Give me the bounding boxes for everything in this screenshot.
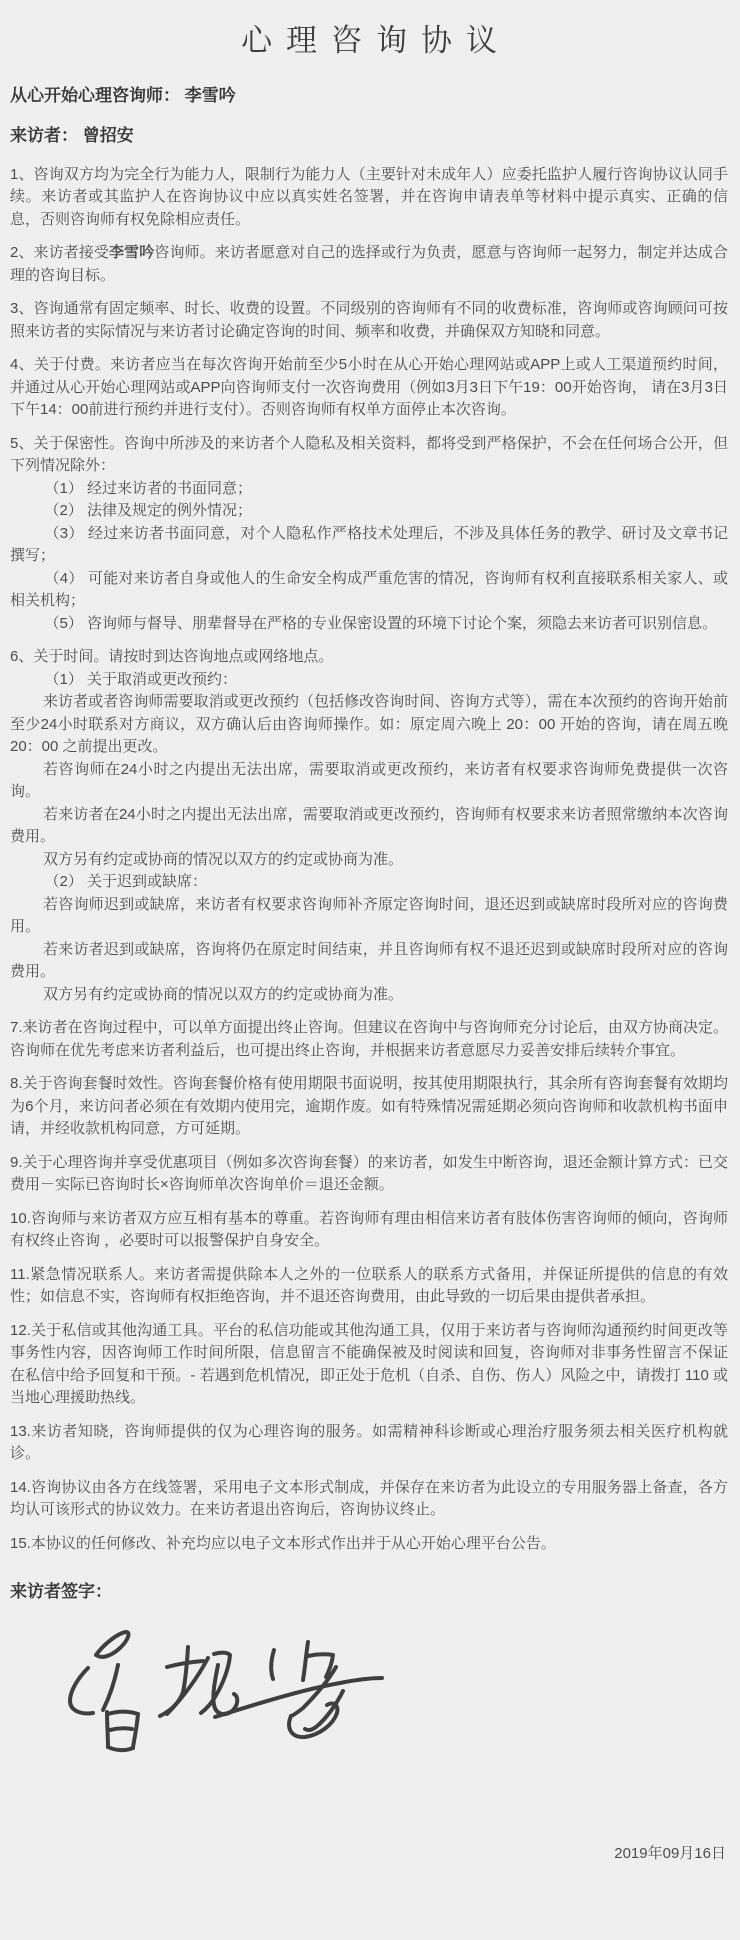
term-5-item-2: （2） 法律及规定的例外情况；: [10, 500, 728, 523]
visitor-name: 曾招安: [83, 126, 134, 145]
page-title: 心理咨询协议: [10, 18, 728, 65]
agreement-document: 心理咨询协议 从心开始心理咨询师： 李雪吟 来访者： 曾招安 1、咨询双方均为完…: [0, 0, 740, 1940]
term-13: 13.来访者知晓，咨询师提供的仅为心理咨询的服务。如需精神科诊断或心理治疗服务须…: [10, 1421, 728, 1466]
signature-ink: [70, 1632, 382, 1750]
term-8: 8.关于咨询套餐时效性。咨询套餐价格有使用期限书面说明，按其使用期限执行，其余所…: [10, 1073, 728, 1141]
signature-label: 来访者签字：: [10, 1579, 728, 1605]
term-9: 9.关于心理咨询并享受优惠项目（例如多次咨询套餐）的来访者，如发生中断咨询，退还…: [10, 1152, 728, 1197]
term-6-sub2-title: （2） 关于迟到或缺席：: [10, 871, 728, 894]
term-6-sub1-line-3: 若来访者在24小时之内提出无法出席，需要取消或更改预约，咨询师有权要求来访者照常…: [10, 804, 728, 849]
term-6-intro: 6、关于时间。请按时到达咨询地点或网络地点。: [10, 646, 728, 669]
term-10: 10.咨询师与来访者双方应互相有基本的尊重。若咨询师有理由相信来访者有肢体伤害咨…: [10, 1208, 728, 1253]
term-6-sub2-line-2: 若来访者迟到或缺席，咨询将仍在原定时间结束，并且咨询师有权不退还迟到或缺席时段所…: [10, 939, 728, 984]
term-6-sub1-line-4: 双方另有约定或协商的情况以双方的约定或协商为准。: [10, 849, 728, 872]
term-3: 3、咨询通常有固定频率、时长、收费的设置。不同级别的咨询师有不同的收费标准，咨询…: [10, 298, 728, 343]
term-12: 12.关于私信或其他沟通工具。平台的私信功能或其他沟通工具，仅用于来访者与咨询师…: [10, 1320, 728, 1410]
visitor-signature: [65, 1625, 385, 1765]
counselor-line: 从心开始心理咨询师： 李雪吟: [10, 83, 728, 109]
term-6-sub1-line-1: 来访者或者咨询师需要取消或更改预约（包括修改咨询时间、咨询方式等），需在本次预约…: [10, 691, 728, 759]
counselor-name: 李雪吟: [185, 86, 236, 105]
term-14: 14.咨询协议由各方在线签署，采用电子文本形式制成，并保存在来访者为此设立的专用…: [10, 1477, 728, 1522]
term-2-counselor-name: 李雪吟: [109, 244, 154, 261]
term-5-item-1: （1） 经过来访者的书面同意；: [10, 478, 728, 501]
term-15: 15.本协议的任何修改、补充均应以电子文本形式作出并于从心开始心理平台公告。: [10, 1533, 728, 1556]
term-6-sub2-line-1: 若咨询师迟到或缺席，来访者有权要求咨询师补齐原定咨询时间，退还迟到或缺席时段所对…: [10, 894, 728, 939]
visitor-label: 来访者：: [10, 126, 78, 145]
term-6-sub1-title: （1） 关于取消或更改预约：: [10, 669, 728, 692]
term-5-intro: 5、关于保密性。咨询中所涉及的来访者个人隐私及相关资料，都将受到严格保护，不会在…: [10, 433, 728, 478]
term-1: 1、咨询双方均为完全行为能力人，限制行为能力人（主要针对未成年人）应委托监护人履…: [10, 164, 728, 232]
term-2: 2、来访者接受李雪吟咨询师。来访者愿意对自己的选择或行为负责，愿意与咨询师一起努…: [10, 242, 728, 287]
term-5-item-5: （5） 咨询师与督导、朋辈督导在严格的专业保密设置的环境下讨论个案，须隐去来访者…: [10, 613, 728, 636]
term-11: 11.紧急情况联系人。来访者需提供除本人之外的一位联系人的联系方式备用，并保证所…: [10, 1264, 728, 1309]
term-7: 7.来访者在咨询过程中，可以单方面提出终止咨询。但建议在咨询中与咨询师充分讨论后…: [10, 1017, 728, 1062]
term-5-item-3: （3） 经过来访者书面同意，对个人隐私作严格技术处理后，不涉及具体任务的教学、研…: [10, 523, 728, 568]
term-4: 4、关于付费。来访者应当在每次咨询开始前至少5小时在从心开始心理网站或APP上或…: [10, 354, 728, 422]
term-5-item-4: （4） 可能对来访者自身或他人的生命安全构成严重危害的情况，咨询师有权利直接联系…: [10, 568, 728, 613]
term-6-sub2-line-3: 双方另有约定或协商的情况以双方的约定或协商为准。: [10, 984, 728, 1007]
visitor-line: 来访者： 曾招安: [10, 123, 728, 149]
counselor-label: 从心开始心理咨询师：: [10, 86, 180, 105]
term-2-pre: 2、来访者接受: [10, 244, 109, 261]
term-6-sub1-line-2: 若咨询师在24小时之内提出无法出席，需要取消或更改预约，来访者有权要求咨询师免费…: [10, 759, 728, 804]
document-date: 2019年09月16日: [10, 1843, 728, 1866]
